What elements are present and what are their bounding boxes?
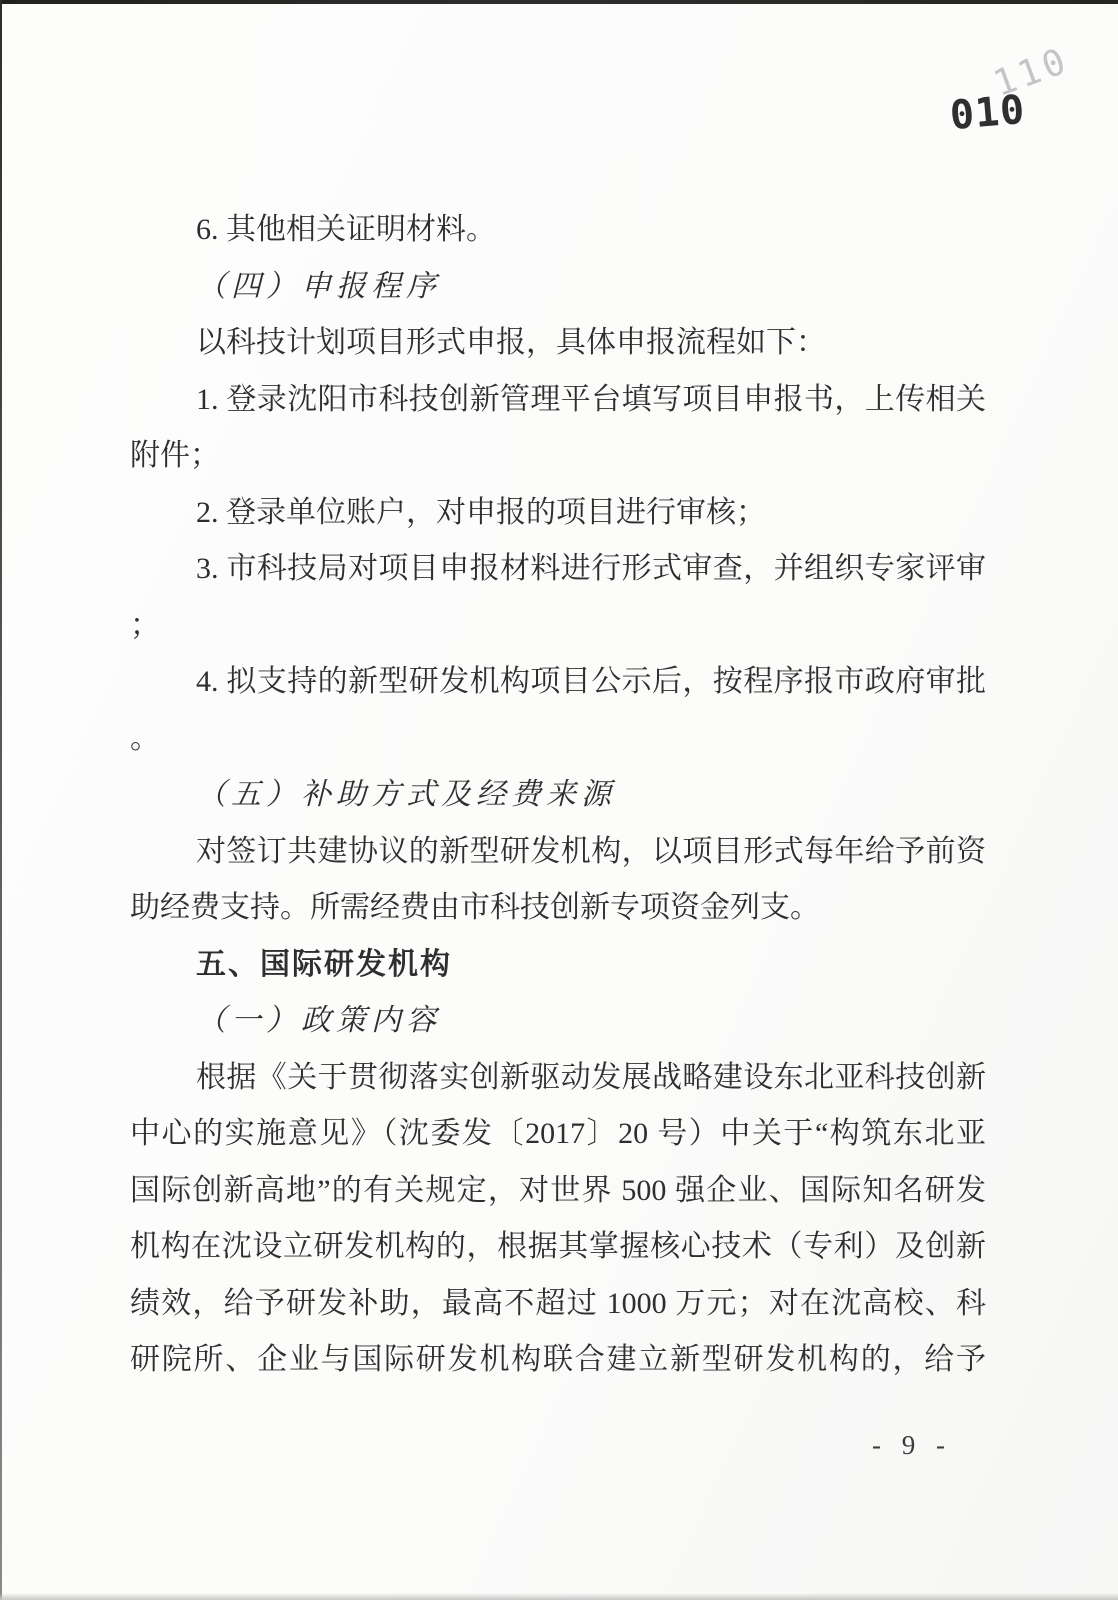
scan-edge-left <box>0 0 2 1600</box>
text-line: 附件； <box>130 428 986 485</box>
page-number: - 9 - <box>872 1430 952 1461</box>
text-line: 中心的实施意见》（沈委发〔2017〕20 号）中关于“构筑东北亚 <box>130 1106 986 1163</box>
document-body: 6. 其他相关证明材料。（四）申报程序以科技计划项目形式申报，具体申报流程如下：… <box>130 202 986 1389</box>
text-line: 4. 拟支持的新型研发机构项目公示后，按程序报市政府审批 <box>130 654 986 711</box>
text-line: 五、国际研发机构 <box>130 937 986 994</box>
text-line: （四）申报程序 <box>130 259 986 316</box>
text-line: （一）政策内容 <box>130 993 986 1050</box>
text-line: 6. 其他相关证明材料。 <box>130 202 986 259</box>
text-line: ； <box>130 598 986 655</box>
text-line: 绩效，给予研发补助，最高不超过 1000 万元；对在沈高校、科 <box>130 1276 986 1333</box>
text-line: 以科技计划项目形式申报，具体申报流程如下： <box>130 315 986 372</box>
text-line: 对签订共建协议的新型研发机构，以项目形式每年给予前资 <box>130 824 986 881</box>
text-line: 2. 登录单位账户，对申报的项目进行审核； <box>130 485 986 542</box>
text-line: 国际创新高地”的有关规定，对世界 500 强企业、国际知名研发 <box>130 1163 986 1220</box>
text-line: 1. 登录沈阳市科技创新管理平台填写项目申报书，上传相关 <box>130 372 986 429</box>
text-line: （五）补助方式及经费来源 <box>130 767 986 824</box>
text-line: 。 <box>130 711 986 768</box>
scanned-document-page: 110 010 6. 其他相关证明材料。（四）申报程序以科技计划项目形式申报，具… <box>0 0 1118 1600</box>
dark-page-stamp: 010 <box>948 87 1027 139</box>
scan-edge-top <box>0 0 1118 4</box>
text-line: 助经费支持。所需经费由市科技创新专项资金列支。 <box>130 880 986 937</box>
text-line: 3. 市科技局对项目申报材料进行形式审查，并组织专家评审 <box>130 541 986 598</box>
text-line: 研院所、企业与国际研发机构联合建立新型研发机构的，给予 <box>130 1332 986 1389</box>
scan-edge-bottom <box>0 1593 1118 1600</box>
text-line: 机构在沈设立研发机构的，根据其掌握核心技术（专利）及创新 <box>130 1219 986 1276</box>
text-line: 根据《关于贯彻落实创新驱动发展战略建设东北亚科技创新 <box>130 1050 986 1107</box>
